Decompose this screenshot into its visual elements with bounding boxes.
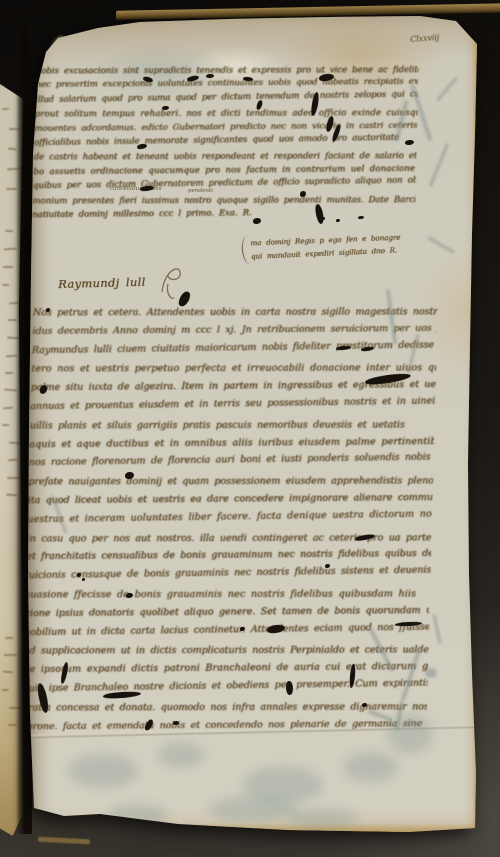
mottled-stain (108, 804, 168, 826)
mottled-stain (288, 809, 358, 829)
facing-page-text-fragment (5, 230, 13, 233)
registration-note: ma dominj Regis p ego fen e bonagrequi m… (250, 229, 411, 263)
bottom-edge-stain (28, 823, 480, 836)
damp-stain-squiggle (429, 143, 448, 186)
damp-stain-squiggle (437, 77, 458, 101)
facing-page-text-fragment (5, 372, 13, 374)
manuscript-line: Nos petrus et cetera. Attendentes uobis … (32, 303, 438, 323)
manuscript-line: luicionis censusque de bonis grauaminis … (28, 562, 431, 586)
paragraph-1: nobis excusacionis sint supradictis tene… (32, 61, 419, 223)
manuscript-line: prout solitum tempus rehaberi. nos et di… (34, 106, 417, 122)
facing-page-text-fragment (2, 424, 9, 426)
folio-number: Clxxviij (410, 33, 440, 44)
paragraph-2: Nos petrus et cetera. Attendentes uobis … (28, 301, 438, 737)
manuscript-page: Clxxviij nobis excusacionis sint supradi… (28, 14, 480, 836)
facing-page-text-fragment (3, 671, 13, 674)
leaf-edge-fragment (38, 837, 90, 845)
margin-note-author: Raymundj lull (58, 275, 146, 291)
damp-stain-squiggle (426, 669, 436, 677)
ink-blot (253, 218, 261, 224)
manuscript-line: suasione ffecisse de bonis grauaminis ne… (28, 585, 430, 605)
manuscript-line: de castris habeant et teneant uobis resp… (33, 149, 416, 165)
page-wrap: Clxxviij nobis excusacionis sint supradi… (28, 14, 480, 836)
right-edge-stain (472, 32, 480, 828)
mottled-stain (343, 752, 398, 782)
manuscript-photo: Clxxviij nobis excusacionis sint supradi… (0, 0, 500, 857)
facing-page-text-fragment (3, 266, 13, 268)
mottled-stain (68, 754, 138, 788)
manuscript-line: gratia concessa et donata. quomodo nos i… (28, 698, 427, 718)
ink-blot (336, 219, 340, 222)
manuscript-line: nobis excusacionis sint supradictis tene… (36, 63, 419, 79)
facing-page-text-fragment (3, 407, 13, 410)
interlinear-note-2: pendenti (188, 188, 213, 194)
damp-stain-squiggle (428, 237, 455, 254)
manuscript-line: in casu quo per nos aut nostros. illa ue… (28, 529, 432, 549)
mottled-stain (158, 742, 204, 768)
manuscript-line: ad supplicacionem ut in dictis complicat… (28, 642, 429, 662)
manuscript-line: nos racione florenorum de florencia auri… (28, 449, 433, 473)
manuscript-line: prefate nauigantes dominij et quam posse… (28, 472, 433, 492)
damp-stain-squiggle (433, 614, 441, 644)
mottled-stain (388, 714, 432, 754)
manuscript-line: monium presentes fieri iussimus nostro q… (32, 193, 415, 209)
facing-page-text-fragment (2, 689, 9, 691)
mottled-stain (208, 796, 298, 822)
facing-page-text-fragment (2, 284, 9, 286)
facing-page-text-fragment (5, 637, 13, 640)
facing-page-text-fragment (2, 108, 9, 110)
manuscript-line: uillis planis et siluis garrigiis pratis… (29, 416, 435, 436)
